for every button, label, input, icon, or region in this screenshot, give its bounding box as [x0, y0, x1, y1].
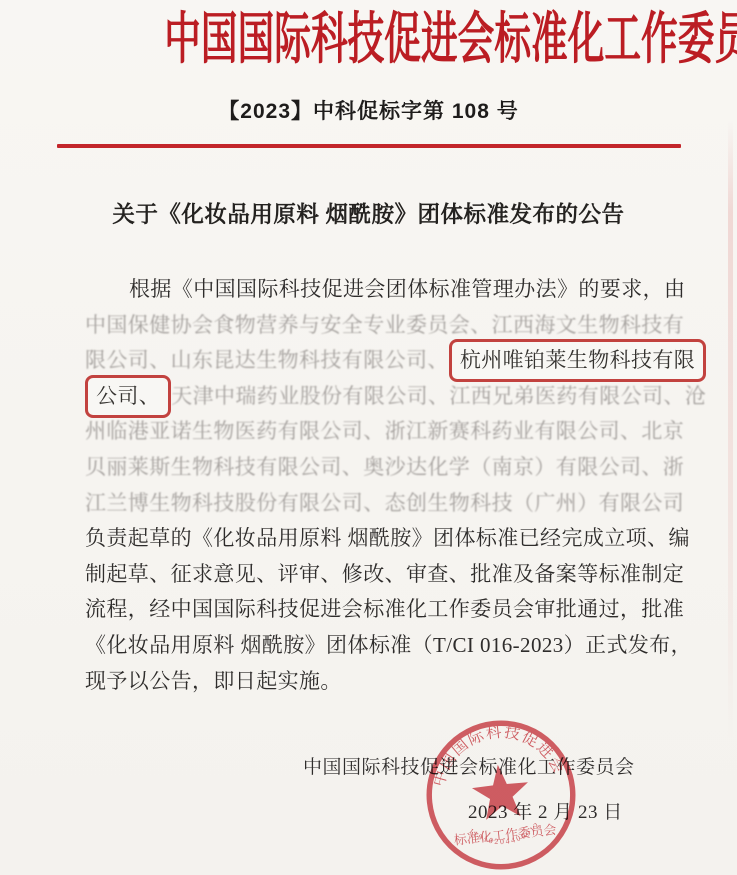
text-segment: 中国保健协会食物营养与安全专业委员会、江西海文生物科技有 [85, 313, 684, 337]
body-line: 江兰博生物科技股份有限公司、态创生物科技（广州）有限公司 [85, 486, 670, 522]
body-line: 中国保健协会食物营养与安全专业委员会、江西海文生物科技有 [85, 308, 670, 344]
text-segment: 天津中瑞药业股份有限公司、江西兄弟医药有限公司、沧 [171, 384, 706, 408]
text-segment: 现予以公告，即日起实施。 [85, 669, 342, 693]
text-segment: 负责起草的《化妆品用原料 烟酰胺》团体标准已经完成立项、编 [85, 526, 690, 550]
body-line: 贝丽莱斯生物科技有限公司、奥沙达化学（南京）有限公司、浙 [85, 450, 670, 486]
body-line: 负责起草的《化妆品用原料 烟酰胺》团体标准已经完成立项、编 [85, 521, 670, 557]
signature-date: 2023 年 2 月 23 日 [468, 797, 623, 824]
text-segment: 州临港亚诺生物医药有限公司、浙江新赛科药业有限公司、北京 [85, 419, 684, 443]
highlighted-company-box: 公司、 [85, 375, 171, 418]
org-header-title: 中国国际科技促进会标准化工作委员会 [0, 8, 737, 72]
header-divider-rule [57, 144, 681, 148]
body-paragraph: 根据《中国国际科技促进会团体标准管理办法》的要求，由中国保健协会食物营养与安全专… [85, 272, 670, 699]
body-line: 州临港亚诺生物医药有限公司、浙江新赛科药业有限公司、北京 [85, 414, 670, 450]
body-line: 根据《中国国际科技促进会团体标准管理办法》的要求，由 [85, 272, 670, 308]
text-segment: 江兰博生物科技股份有限公司、态创生物科技（广州）有限公司 [85, 491, 684, 515]
org-header-text: 中国国际科技促进会标准化工作委员会 [164, 8, 737, 72]
body-line: 现予以公告，即日起实施。 [85, 664, 670, 700]
seal-ring [422, 716, 580, 874]
text-segment: 根据《中国国际科技促进会团体标准管理办法》的要求，由 [129, 277, 685, 301]
body-line: 流程，经中国国际科技促进会标准化工作委员会审批通过，批准 [85, 592, 670, 628]
text-segment: 流程，经中国国际科技促进会标准化工作委员会审批通过，批准 [85, 597, 684, 621]
seal-inner-text: 标准化工作委员会 [453, 822, 557, 848]
body-line: 制起草、征求意见、评审、修改、审查、批准及备案等标准制定 [85, 557, 670, 593]
text-segment: 《化妆品用原料 烟酰胺》团体标准（T/CI 016-2023）正式发布， [85, 633, 692, 657]
highlighted-company-box: 杭州唯铂莱生物科技有限 [449, 339, 706, 382]
text-segment: 限公司、山东昆达生物科技有限公司、 [85, 348, 449, 372]
signature-org: 中国国际科技促进会标准化工作委员会 [303, 752, 635, 779]
body-line: 限公司、山东昆达生物科技有限公司、杭州唯铂莱生物科技有限 [85, 343, 670, 379]
document-number: 【2023】中科促标字第 108 号 [0, 95, 737, 125]
official-seal-stamp: 中国国际科技促进会 标准化工作委员会 11010204400012 [415, 709, 586, 875]
body-line: 公司、天津中瑞药业股份有限公司、江西兄弟医药有限公司、沧 [85, 379, 670, 415]
announcement-title: 关于《化妆品用原料 烟酰胺》团体标准发布的公告 [0, 197, 737, 229]
announcement-document: 中国国际科技促进会标准化工作委员会 【2023】中科促标字第 108 号 关于《… [0, 0, 737, 875]
text-segment: 贝丽莱斯生物科技有限公司、奥沙达化学（南京）有限公司、浙 [85, 455, 684, 479]
body-line: 《化妆品用原料 烟酰胺》团体标准（T/CI 016-2023）正式发布， [85, 628, 670, 664]
text-segment: 制起草、征求意见、评审、修改、审查、批准及备案等标准制定 [85, 562, 684, 586]
seal-graphic: 中国国际科技促进会 标准化工作委员会 11010204400012 [415, 709, 586, 875]
